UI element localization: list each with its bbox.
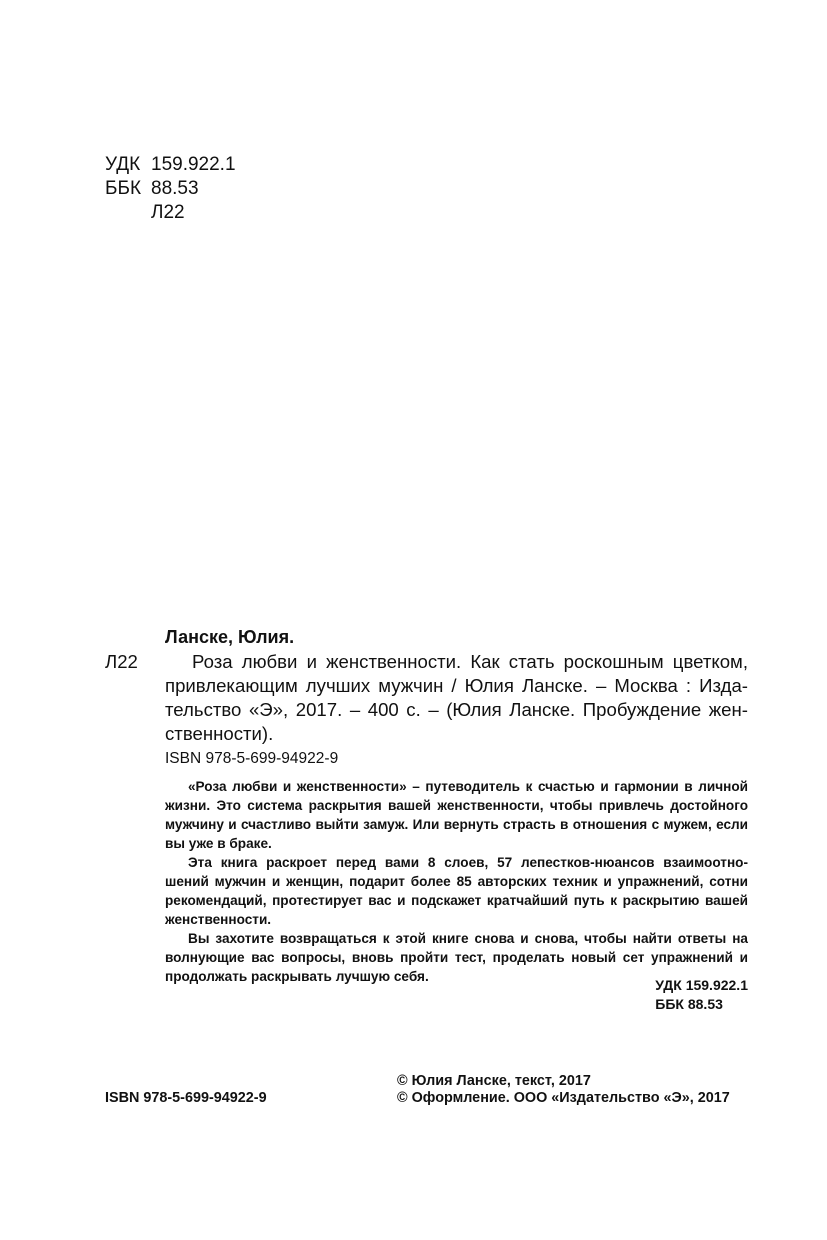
annotation-line: шений мужчин и женщин, подарит более 85 … <box>165 872 748 891</box>
copyright-block: © Юлия Ланске, текст, 2017 © Оформление.… <box>397 1073 730 1107</box>
udk-bottom: УДК 159.922.1 <box>655 976 748 995</box>
udk-row: УДК159.922.1 <box>105 153 236 177</box>
annotation-line: женственности. <box>165 910 748 929</box>
description-line: ственности). <box>165 722 748 746</box>
author-mark-row: Л22 <box>105 201 236 225</box>
bbk-label: ББК <box>105 177 151 201</box>
annotation-line: мужчину и счастливо выйти замуж. Или вер… <box>165 815 748 834</box>
entry-author-mark: Л22 <box>105 650 138 674</box>
annotation-line: Эта книга раскроет перед вами 8 слоев, 5… <box>165 853 748 872</box>
udk-label: УДК <box>105 153 151 177</box>
annotation-line: вы уже в браке. <box>165 834 748 853</box>
copyright-design: © Оформление. ООО «Издательство «Э», 201… <box>397 1090 730 1107</box>
bbk-value: 88.53 <box>151 178 199 199</box>
udk-value: 159.922.1 <box>151 154 236 175</box>
annotation-line: «Роза любви и женственности» – путеводит… <box>165 777 748 796</box>
annotation-line: Вы захотите возвращаться к этой книге сн… <box>165 929 748 948</box>
classification-top: УДК159.922.1 ББК88.53 Л22 <box>105 153 236 225</box>
footer-isbn: ISBN 978-5-699-94922-9 <box>105 1090 267 1107</box>
description-line: привлекающим лучших мужчин / Юлия Ланске… <box>165 674 748 698</box>
copyright-text: © Юлия Ланске, текст, 2017 <box>397 1073 730 1090</box>
author-mark: Л22 <box>151 202 185 223</box>
classification-bottom: УДК 159.922.1 ББК 88.53 <box>655 976 748 1014</box>
annotation-line: жизни. Это система раскрытия вашей женст… <box>165 796 748 815</box>
bbk-bottom: ББК 88.53 <box>655 995 748 1014</box>
description-line: тельство «Э», 2017. – 400 с. – (Юлия Лан… <box>165 698 748 722</box>
annotation-line: волнующие вас вопросы, вновь пройти тест… <box>165 948 748 967</box>
annotation-line: рекомендаций, протестирует вас и подскаж… <box>165 891 748 910</box>
bbk-row: ББК88.53 <box>105 177 236 201</box>
description-line: Роза любви и женственности. Как стать ро… <box>165 650 748 674</box>
entry-isbn: ISBN 978-5-699-94922-9 <box>165 750 338 768</box>
entry-author: Ланске, Юлия. <box>165 627 294 648</box>
